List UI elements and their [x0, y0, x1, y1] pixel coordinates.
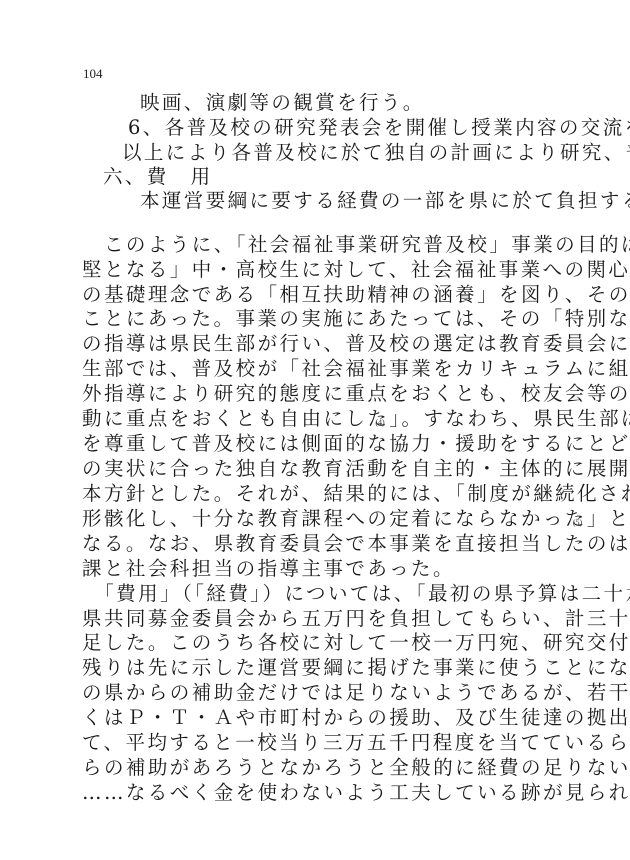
page-number: 104: [83, 66, 103, 82]
body-line: 残りは先に示した運営要綱に掲げた事業に使うことになった。各校ではこ: [82, 656, 552, 680]
regulation-line: 以上により各普及校に於て独自の計画により研究、普及を行う。: [122, 141, 630, 165]
body-line: 堅となる」中・高校生に対して、社会福祉事業への関心を高め、社会福祉: [82, 258, 552, 282]
body-line: このように、「社会福祉事業研究普及校」事業の目的は、「将来国民の中: [82, 233, 552, 257]
body-line: 外指導により研究的態度に重点をおくとも、校友会等の事業として実践活: [82, 382, 552, 406]
body-line: て、平均すると一校当り三万五千円程度を当てているらしい。しかし他か: [82, 731, 552, 755]
body-line-with-footnote: 動に重点をおくとも自由にした(4)」。すなわち、県民生部は、教育の主体性: [82, 407, 552, 431]
body-line: らの補助があろうとなかろうと全般的に経費の足りない学校が多いので、: [82, 756, 552, 780]
body-text-segment: 動に重点をおくとも自由にした: [82, 407, 389, 430]
body-text-segment: 」。すなわち、県民生部は、教育の主体性: [389, 407, 630, 430]
regulation-line: 本運営要綱に要する経費の一部を県に於て負担する。: [140, 189, 630, 213]
body-text-segment: 形骸化し、十分な教育課程への定着にならなかった: [82, 507, 587, 530]
regulation-section-heading: 六、費 用: [103, 165, 213, 189]
body-line: の県からの補助金だけでは足りないようであるが、若干の学校を除き、多: [82, 681, 552, 705]
body-line: ことにあった。事業の実施にあたっては、その「特別な性格」から、実際: [82, 307, 552, 331]
body-line: の基礎理念である「相互扶助精神の涵養」を図り、その実践的活動を促す: [82, 283, 552, 307]
body-text-segment: 」と評されることにも: [587, 507, 630, 530]
body-text-segment: ……なるべく金を使わないよう工夫している跡が見られる: [82, 781, 630, 804]
body-line: 本方針とした。それが、結果的には、「制度が継続化される中でマンネリ、: [82, 482, 552, 506]
body-line: くはＰ・Ｔ・Ａや市町村からの援助、及び生徒達の拠出金等により補ってい: [82, 706, 552, 730]
regulation-line: 映画、演劇等の観賞を行う。: [140, 91, 425, 115]
regulation-item-6: 6、各普及校の研究発表会を開催し授業内容の交流を計〔図〕る。: [128, 116, 630, 140]
body-line: 足した。このうち各校に対して一校一万円宛、研究交付金として交付し、: [82, 631, 552, 655]
body-line: 県共同募金委員会から五万円を負担してもらい、計三十一万円をもって発: [82, 607, 552, 631]
body-line: の実状に合った独自な教育活動を自主的・主体的に展開することをその基: [82, 457, 552, 481]
body-line: 「費用」（「経費」）については、「最初の県予算は二十六万円で、これに: [82, 582, 552, 606]
body-line-with-footnote: 形骸化し、十分な教育課程への定着にならなかった(5)」と評されることにも: [82, 507, 552, 531]
body-line-with-footnote: ……なるべく金を使わないよう工夫している跡が見られる(6)」。: [82, 781, 552, 805]
body-line: を尊重して普及校には側面的な協力・援助をするにとどめ、各普及校がそ: [82, 432, 552, 456]
body-line: 生部では、普及校が「社会福祉事業をカリキュラムに組み入れ、或いは課: [82, 357, 552, 381]
body-line: なる。なお、県教育委員会で本事業を直接担当したのは、指導部学校教育: [82, 532, 552, 556]
body-line: の指導は県民生部が行い、普及校の選定は教育委員会に一任された。県民: [82, 332, 552, 356]
body-line: 課と社会科担当の指導主事であった。: [82, 557, 552, 581]
